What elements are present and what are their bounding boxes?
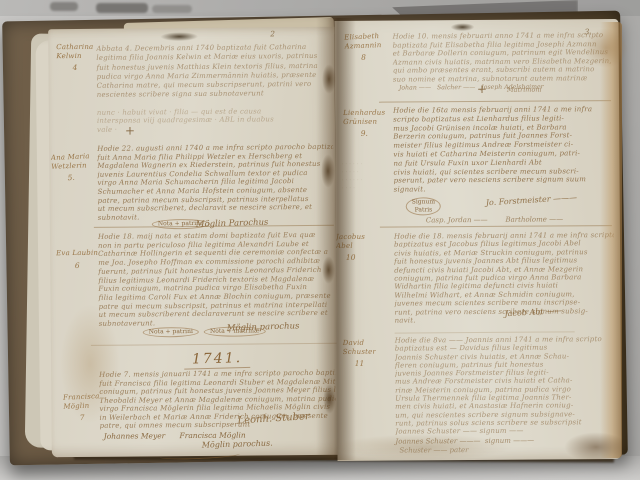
oval-line: Patris [415, 206, 433, 213]
right-page-stack-edge [600, 22, 622, 458]
parish-priest-signature: Möglin parochus [227, 321, 300, 333]
witness-signature-scrawl: Jo. Forstmeister ——— [486, 193, 578, 207]
entry-number: 7 [64, 409, 101, 423]
right-page: 3. · · · · · ·· · · · ·· · · · · ·· · · … [334, 19, 621, 461]
manuscript-photo: 2 CatharinaKelwin 4 Abbata 4. Decembris … [0, 0, 640, 480]
gutter-stain [322, 64, 336, 94]
manuscript-line: Joannes Schuster —— signum —— [395, 426, 615, 436]
margin-note-francisca: FranciscaMöglin 7 [63, 392, 101, 423]
cross-mark: + [477, 82, 487, 96]
parish-priest-signature: Möglin parochus. [202, 439, 273, 450]
witness-signature-row: Schuster —— pater [399, 446, 468, 454]
entry-number: 6 [56, 257, 98, 270]
oval-line: Signum [412, 198, 435, 205]
left-page: 2 CatharinaKelwin 4 Abbata 4. Decembris … [48, 27, 338, 457]
entry-divider-rule [380, 225, 612, 228]
entry-divider-rule [379, 100, 611, 103]
open-register-book: 2 CatharinaKelwin 4 Abbata 4. Decembris … [4, 4, 632, 466]
baptism-entry-david: Hodie die 8va —— Joannis anni 1741 a me … [395, 335, 616, 436]
year-heading-wrap: 1741. [99, 347, 335, 370]
margin-note-catharina: CatharinaKelwin 4 [56, 43, 93, 73]
ink-blot [450, 23, 474, 31]
baptism-entry-lienhardus: Hodie die 16ta mensis februarij anni 174… [393, 105, 614, 195]
margin-line: Francisca [63, 392, 100, 402]
baptism-entry-elisabeth: Hodie 10. mensis februarii anno 1741 a m… [393, 31, 613, 84]
manuscript-line: signavit. [394, 184, 614, 194]
oval-note: Nota + patrini [143, 327, 199, 337]
year-heading: 1741. [184, 350, 251, 370]
manuscript-line: suo nomine et matrina, subnotarunt autem… [393, 74, 613, 84]
gutter-stain [322, 256, 335, 284]
entry-number: 5. [51, 169, 90, 183]
entry-divider-rule [395, 331, 575, 333]
baptism-entry-eva: Hodie 18. maij nata et statim domi bapti… [98, 231, 335, 329]
oval-note: SignumPatris [406, 197, 441, 215]
left-page-number: 2 [270, 29, 275, 38]
cross-mark: + [125, 124, 135, 138]
baptism-entry-anna-maria: Hodie 22. augusti anni 1740 a me infra s… [97, 143, 334, 222]
margin-line: Eva Laubin [56, 249, 98, 258]
signum-patris-oval: SignumPatris [406, 196, 441, 215]
ink-blot [160, 32, 198, 41]
witness-signature-row: Casp. Jordan —— Bartholome —— [426, 215, 563, 224]
year-divider-rule [91, 343, 337, 346]
gutter-stain [321, 154, 335, 188]
gutter-stain [323, 384, 336, 414]
margin-line: Catharina [56, 43, 93, 52]
margin-note-anna-maria: Ana MariaWetzlerin 5. [51, 152, 91, 183]
witness-signature: Matrimoni [507, 86, 542, 94]
witness-signature-row: Joannes Schuster ——— signum ——— [395, 437, 534, 446]
margin-note-eva: Eva Laubin 6 [56, 249, 98, 271]
parish-priest-signature: Möglin Parochus [196, 218, 269, 230]
entry-number: 4 [56, 60, 93, 73]
margin-line: Kelwin [56, 51, 93, 60]
baptism-entry-catharina: Abbata 4. Decembris anni 1740 baptizata … [96, 43, 332, 101]
manuscript-line: nescientes scribere signa sua subnotaver… [97, 89, 333, 100]
